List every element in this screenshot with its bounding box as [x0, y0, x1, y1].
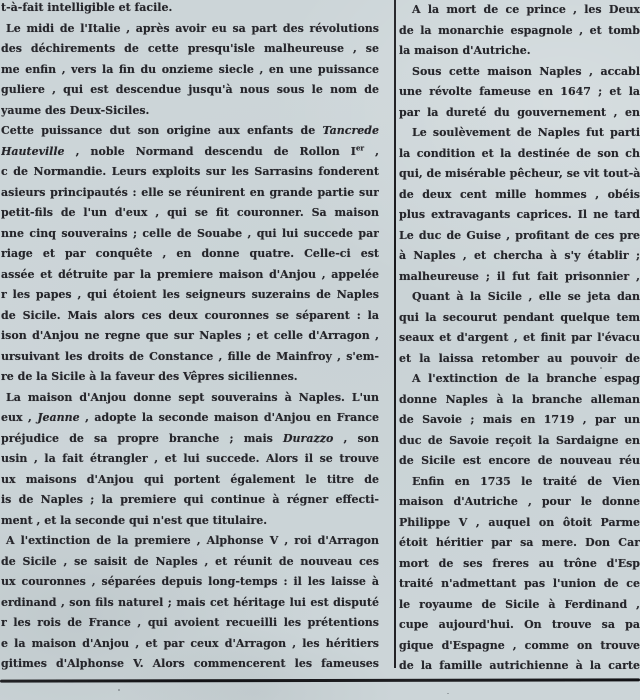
superscript-text-segment: er — [356, 143, 364, 152]
text-line: ment , et la seconde qui n'est que titul… — [1, 511, 379, 532]
text-line: erdinand , son fils naturel ; mais cet h… — [1, 593, 379, 614]
text-segment: Le midi de l'Italie , après avoir eu sa … — [6, 22, 379, 35]
text-segment: Cette puissance dut son origine aux enfa… — [1, 124, 323, 137]
italic-text-segment: Jeanne — [37, 411, 79, 424]
text-segment: yaume des Deux-Siciles. — [1, 104, 149, 117]
text-segment: La maison d'Anjou donne sept souverains … — [6, 391, 379, 404]
text-line: qui la secourut pendant quelque tem — [399, 308, 640, 329]
text-line: re de la Sicile à la faveur des Vêpres s… — [1, 367, 379, 388]
text-line: asieurs principautés : elle se réunirent… — [1, 183, 379, 204]
text-segment: Enfin en 1735 le traité de Vien — [412, 475, 640, 488]
text-line: me enfin , vers la fin du onzieme siecle… — [1, 60, 379, 81]
text-segment: ux couronnes , séparées depuis long-temp… — [1, 575, 379, 588]
right-text-column: A la mort de ce prince , les Deuxde la m… — [399, 0, 640, 678]
text-line: Le duc de Guise , profitant de ces pre — [399, 226, 640, 247]
text-line: par la dureté du gouvernement , en — [399, 103, 640, 124]
text-line: r les papes , qui étoient les seigneurs … — [1, 285, 379, 306]
text-segment: une révolte fameuse en 1647 ; et la — [399, 85, 640, 98]
text-line: de la famille autrichienne à la carte — [399, 656, 640, 677]
italic-text-segment: Tancrede — [323, 124, 379, 137]
left-text-column: t-à-fait intelligible et facile.Le midi … — [1, 0, 379, 676]
text-segment: Sous cette maison Naples , accabl — [412, 65, 640, 78]
text-line: et la laissa retomber au pouvoir de — [399, 349, 640, 370]
text-segment: gique d'Espagne , comme on trouve — [399, 639, 640, 652]
text-line: c de Normandie. Leurs exploits sur les S… — [1, 162, 379, 183]
text-line: ursuivant les droits de Constance , fill… — [1, 347, 379, 368]
text-segment: r les rois de France , qui avoient recue… — [1, 616, 379, 629]
text-segment: et la laissa retomber au pouvoir de — [399, 352, 640, 365]
text-line: plus extravagants caprices. Il ne tard — [399, 205, 640, 226]
text-segment: A la mort de ce prince , les Deux — [412, 3, 640, 16]
text-segment: asieurs principautés : elle se réunirent… — [1, 186, 379, 199]
text-segment: c de Normandie. Leurs exploits sur les S… — [1, 165, 379, 178]
text-line: de la monarchie espagnole , et tomb — [399, 21, 640, 42]
column-divider-rule — [394, 0, 396, 668]
text-segment: ison d'Anjou ne regne que sur Naples ; e… — [1, 329, 379, 342]
text-segment: , son — [333, 432, 379, 445]
text-segment: A l'extinction de la branche espag — [412, 372, 640, 385]
text-line: e la maison d'Anjou , et par ceux d'Arra… — [1, 634, 379, 655]
text-line: préjudice de sa propre branche ; mais Du… — [1, 429, 379, 450]
text-line: donne Naples à la branche alleman — [399, 390, 640, 411]
paper-speck — [118, 689, 120, 691]
text-line: A l'extinction de la branche espag — [399, 369, 640, 390]
text-line: la maison d'Autriche. — [399, 41, 640, 62]
bottom-page-rule — [0, 678, 640, 682]
text-segment: riage et par conquête , en donne quatre.… — [1, 247, 379, 260]
text-segment: de la famille autrichienne à la carte — [399, 659, 640, 672]
text-line: ison d'Anjou ne regne que sur Naples ; e… — [1, 326, 379, 347]
text-line: seaux et d'argent , et finit par l'évacu — [399, 328, 640, 349]
text-segment: petit-fils de l'un d'eux , qui se fit co… — [1, 206, 379, 219]
text-segment: de Sicile. Mais alors ces deux couronnes… — [1, 309, 379, 322]
text-line: Cette puissance dut son origine aux enfa… — [1, 121, 379, 142]
page: { "colors":{"paper":"#ccd5d8","ink":"#26… — [0, 0, 640, 700]
text-segment: Quant à la Sicile , elle se jeta dan — [412, 290, 640, 303]
text-segment: , adopte la seconde maison d'Anjou en Fr… — [80, 411, 379, 424]
text-line: maison d'Autriche , pour le donne — [399, 492, 640, 513]
text-segment: de la monarchie espagnole , et tomb — [399, 24, 640, 37]
text-segment: assée et détruite par la premiere maison… — [1, 268, 379, 281]
text-segment: is de Naples ; la premiere qui continue … — [1, 493, 379, 506]
text-segment: de Savoie ; mais en 1719 , par un — [399, 413, 640, 426]
text-line: A la mort de ce prince , les Deux — [399, 0, 640, 21]
text-line: Quant à la Sicile , elle se jeta dan — [399, 287, 640, 308]
text-segment: de Sicile , se saisit de Naples , et réu… — [1, 555, 379, 568]
text-line: petit-fils de l'un d'eux , qui se fit co… — [1, 203, 379, 224]
text-line: Enfin en 1735 le traité de Vien — [399, 472, 640, 493]
text-segment: ux maisons d'Anjou qui portent également… — [1, 473, 379, 486]
text-segment: r les papes , qui étoient les seigneurs … — [1, 288, 379, 301]
scanned-book-page: t-à-fait intelligible et facile.Le midi … — [0, 0, 640, 700]
text-segment: duc de Savoie reçoit la Sardaigne en — [399, 434, 640, 447]
text-line: malheureuse ; il fut fait prisonnier , — [399, 267, 640, 288]
text-segment: à Naples , et chercha à s'y établir ; — [399, 249, 640, 262]
text-line: de Sicile est encore de nouveau réu — [399, 451, 640, 472]
text-segment: , — [364, 145, 379, 158]
text-segment: cupe aujourd'hui. On trouve sa pa — [399, 618, 640, 631]
text-segment: guliere , qui est descendue jusqu'à nous… — [1, 83, 379, 96]
text-segment: étoit héritier par sa mere. Don Car — [399, 536, 640, 549]
text-segment: Philippe V , auquel on ôtoit Parme — [399, 516, 640, 529]
text-line: étoit héritier par sa mere. Don Car — [399, 533, 640, 554]
text-segment: Le soulèvement de Naples fut parti — [412, 126, 640, 139]
text-segment: plus extravagants caprices. Il ne tard — [399, 208, 640, 221]
text-line: des déchirements de cette presqu'isle ma… — [1, 39, 379, 60]
text-segment: le royaume de Sicile à Ferdinand , — [399, 598, 640, 611]
text-segment: préjudice de sa propre branche ; mais — [1, 432, 283, 445]
text-line: ux maisons d'Anjou qui portent également… — [1, 470, 379, 491]
text-segment: qui, de misérable pêcheur, se vit tout-à… — [399, 167, 640, 180]
text-line: yaume des Deux-Siciles. — [1, 101, 379, 122]
text-line: Sous cette maison Naples , accabl — [399, 62, 640, 83]
text-segment: qui la secourut pendant quelque tem — [399, 311, 640, 324]
text-line: une révolte fameuse en 1647 ; et la — [399, 82, 640, 103]
text-segment: ment , et la seconde qui n'est que titul… — [1, 514, 267, 527]
text-line: le royaume de Sicile à Ferdinand , — [399, 595, 640, 616]
text-line: nne cinq souverains ; celle de Souabe , … — [1, 224, 379, 245]
text-segment: mort de ses freres au trône d'Esp — [399, 557, 640, 570]
text-segment: par la dureté du gouvernement , en — [399, 106, 640, 119]
text-segment: la condition et la destinée de son ch — [399, 147, 640, 160]
text-line: qui, de misérable pêcheur, se vit tout-à… — [399, 164, 640, 185]
text-line: guliere , qui est descendue jusqu'à nous… — [1, 80, 379, 101]
text-line: Hauteville , noble Normand descendu de R… — [1, 142, 379, 163]
text-line: eux , Jeanne , adopte la seconde maison … — [1, 408, 379, 429]
text-line: riage et par conquête , en donne quatre.… — [1, 244, 379, 265]
text-segment: des déchirements de cette presqu'isle ma… — [1, 42, 379, 55]
text-segment: de Sicile est encore de nouveau réu — [399, 454, 640, 467]
text-line: t-à-fait intelligible et facile. — [1, 0, 379, 19]
text-segment: la maison d'Autriche. — [399, 44, 531, 57]
italic-text-segment: Hauteville — [1, 145, 65, 158]
text-segment: de deux cent mille hommes , obéis — [399, 188, 640, 201]
text-segment: donne Naples à la branche alleman — [399, 393, 640, 406]
text-line: cupe aujourd'hui. On trouve sa pa — [399, 615, 640, 636]
text-line: la condition et la destinée de son ch — [399, 144, 640, 165]
text-segment: traité n'admettant pas l'union de ce — [399, 577, 640, 590]
text-line: à Naples , et chercha à s'y établir ; — [399, 246, 640, 267]
text-segment: nne cinq souverains ; celle de Souabe , … — [1, 227, 379, 240]
text-line: mort de ses freres au trône d'Esp — [399, 554, 640, 575]
text-line: de Sicile. Mais alors ces deux couronnes… — [1, 306, 379, 327]
text-segment: erdinand , son fils naturel ; mais cet h… — [1, 596, 379, 609]
text-line: Philippe V , auquel on ôtoit Parme — [399, 513, 640, 534]
text-line: usin , la fait étrangler , et lui succed… — [1, 449, 379, 470]
text-line: de Sicile , se saisit de Naples , et réu… — [1, 552, 379, 573]
text-segment: malheureuse ; il fut fait prisonnier , — [399, 270, 640, 283]
text-segment: ursuivant les droits de Constance , fill… — [1, 350, 379, 363]
text-line: ux couronnes , séparées depuis long-temp… — [1, 572, 379, 593]
text-segment: eux , — [1, 411, 37, 424]
text-line: de Savoie ; mais en 1719 , par un — [399, 410, 640, 431]
text-line: duc de Savoie reçoit la Sardaigne en — [399, 431, 640, 452]
text-line: de deux cent mille hommes , obéis — [399, 185, 640, 206]
text-line: traité n'admettant pas l'union de ce — [399, 574, 640, 595]
text-line: Le midi de l'Italie , après avoir eu sa … — [1, 19, 379, 40]
text-segment: gitimes d'Alphonse V. Alors commencerent… — [1, 657, 379, 670]
text-segment: me enfin , vers la fin du onzieme siecle… — [1, 63, 379, 76]
text-segment: , noble Normand descendu de Rollon I — [65, 145, 356, 158]
text-segment: re de la Sicile à la faveur des Vêpres s… — [1, 370, 298, 383]
paper-speck — [447, 693, 449, 694]
italic-text-segment: Durazzo — [283, 432, 333, 445]
text-segment: Le duc de Guise , profitant de ces pre — [399, 229, 640, 242]
text-line: r les rois de France , qui avoient recue… — [1, 613, 379, 634]
text-segment: seaux et d'argent , et finit par l'évacu — [399, 331, 640, 344]
text-segment: t-à-fait intelligible et facile. — [1, 1, 172, 14]
text-line: gitimes d'Alphonse V. Alors commencerent… — [1, 654, 379, 675]
text-line: Le soulèvement de Naples fut parti — [399, 123, 640, 144]
text-segment: e la maison d'Anjou , et par ceux d'Arra… — [1, 637, 379, 650]
text-line: gique d'Espagne , comme on trouve — [399, 636, 640, 657]
paper-speck — [600, 367, 602, 369]
text-line: A l'extinction de la premiere , Alphonse… — [1, 531, 379, 552]
text-line: is de Naples ; la premiere qui continue … — [1, 490, 379, 511]
text-segment: maison d'Autriche , pour le donne — [399, 495, 640, 508]
text-segment: A l'extinction de la premiere , Alphonse… — [6, 534, 379, 547]
text-line: assée et détruite par la premiere maison… — [1, 265, 379, 286]
text-segment: usin , la fait étrangler , et lui succed… — [1, 452, 379, 465]
text-line: La maison d'Anjou donne sept souverains … — [1, 388, 379, 409]
